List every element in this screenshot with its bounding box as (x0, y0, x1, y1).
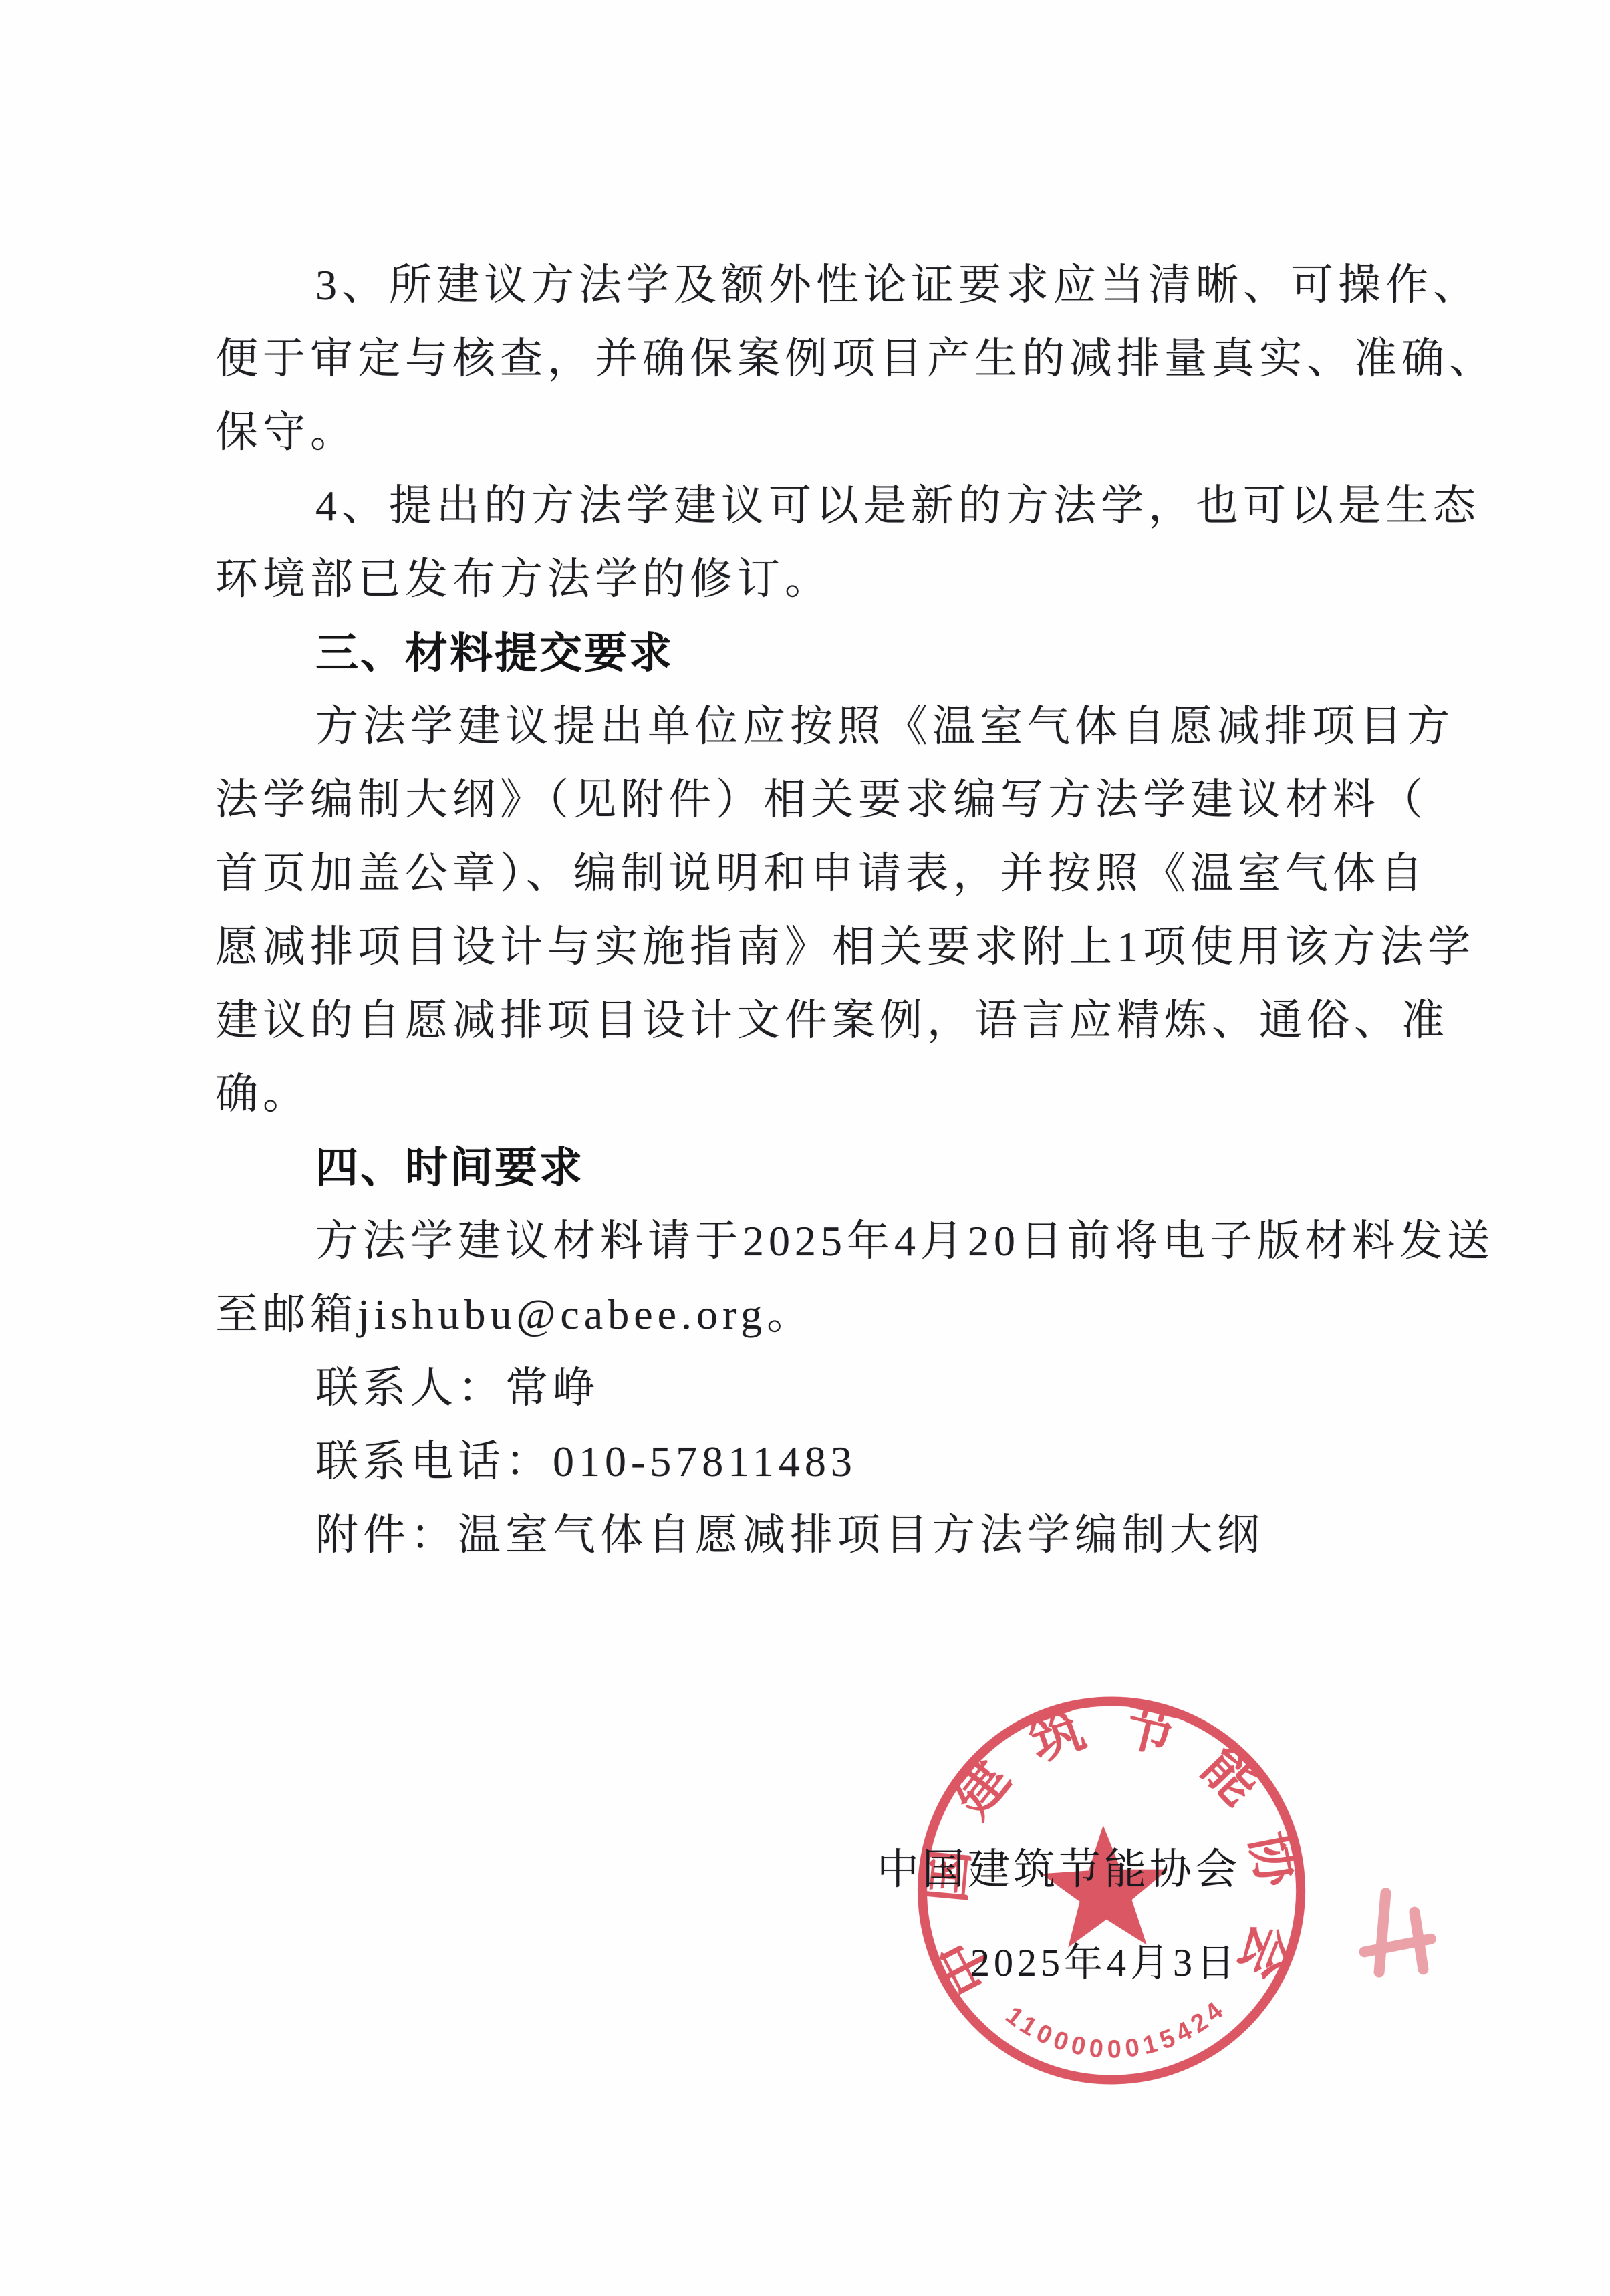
paragraph-line: 便于审定与核查，并确保案例项目产生的减排量真实、准确、 (215, 322, 1525, 396)
paragraph-line: 首页加盖公章）、编制说明和申请表，并按照《温室气体自 (215, 837, 1525, 910)
seal-smudge (1362, 1892, 1432, 1972)
document-body: 3、所建议方法学及额外性论证要求应当清晰、可操作、 便于审定与核查，并确保案例项… (215, 249, 1525, 1572)
section-heading-materials: 三、材料提交要求 (215, 616, 1525, 690)
paragraph-line: 保守。 (215, 396, 1525, 469)
paragraph-line: 环境部已发布方法学的修订。 (215, 543, 1525, 616)
paragraph-line: 建议的自愿减排项目设计文件案例，语言应精炼、通俗、准 (215, 984, 1525, 1057)
paragraph-line: 4、提出的方法学建议可以是新的方法学，也可以是生态 (215, 469, 1525, 543)
paragraph-line: 方法学建议提出单位应按照《温室气体自愿减排项目方 (215, 690, 1525, 763)
email-line: 至邮箱jishubu@cabee.org。 (215, 1278, 1525, 1352)
contact-person-line: 联系人：常峥 (215, 1352, 1525, 1425)
paragraph-line: 3、所建议方法学及额外性论证要求应当清晰、可操作、 (215, 249, 1525, 322)
document-page: 3、所建议方法学及额外性论证要求应当清晰、可操作、 便于审定与核查，并确保案例项… (0, 0, 1610, 2296)
paragraph-line: 愿减排项目设计与实施指南》相关要求附上1项使用该方法学 (215, 910, 1525, 984)
paragraph-line: 法学编制大纲》（见附件）相关要求编写方法学建议材料（ (215, 763, 1525, 837)
paragraph-line: 方法学建议材料请于2025年4月20日前将电子版材料发送 (215, 1204, 1525, 1278)
contact-phone-line: 联系电话：010-57811483 (215, 1425, 1525, 1499)
paragraph-line: 确。 (215, 1057, 1525, 1131)
section-heading-time: 四、时间要求 (215, 1131, 1525, 1204)
signature-date: 2025年4月3日 (970, 1926, 1239, 2000)
attachment-line: 附件：温室气体自愿减排项目方法学编制大纲 (215, 1499, 1525, 1572)
signature-org-name: 中国建筑节能协会 (877, 1833, 1240, 1906)
